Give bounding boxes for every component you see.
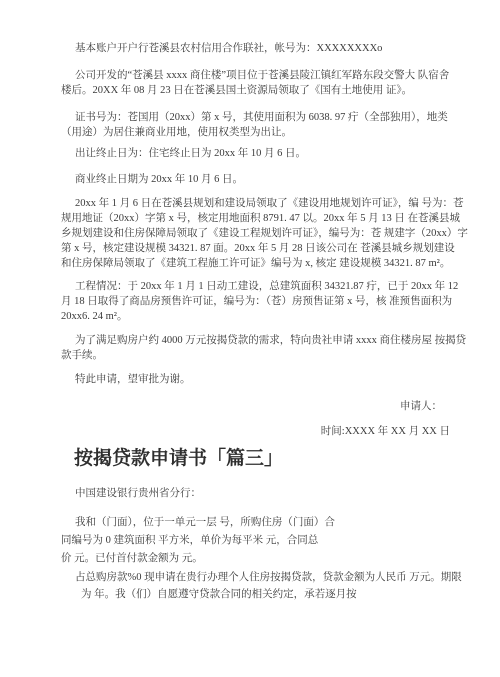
section-heading: 按揭贷款申请书「篇三」 xyxy=(74,447,450,471)
paragraph-housing-details: 我和（门面），位于一单元一层 号，所购住房（门面）合 同编号为 0 建筑面积 平… xyxy=(61,514,450,568)
text-line: 出让终止日为：住宅终止日为 20xx 年 10 月 6 日。 xyxy=(61,146,450,161)
text-line: 基本账户开户行苍溪县农村信用合作联社，帐号为：XXXXXXXXo xyxy=(61,41,450,56)
applicant-signature-line: 申请人： xyxy=(61,399,450,414)
text-line: 中国建设银行贵州省分行： xyxy=(61,486,450,501)
text-line: 同编号为 0 建筑面积 平方米，单价为每平米 元，合同总 xyxy=(61,532,450,550)
text-line: 占总购房款%0 现申请在贵行办理个人住房按揭贷款，贷款金额为人民币 万元。期限 xyxy=(61,569,450,586)
text-line: 商业终止日期为 20xx 年 10 月 6 日。 xyxy=(61,172,450,187)
text-line: 公司开发的“苍溪县 xxxx 商住楼”项目位于苍溪县陵江镇红军路东段交警大 队宿… xyxy=(61,68,450,83)
text-line: 为 年。我（们）自愿遵守贷款合同的相关约定，承若逐月按 xyxy=(61,586,450,603)
document-page: 基本账户开户行苍溪县农村信用合作联社，帐号为：XXXXXXXXo 公司开发的“苍… xyxy=(0,0,500,677)
paragraph-project: 公司开发的“苍溪县 xxxx 商住楼”项目位于苍溪县陵江镇红军路东段交警大 队宿… xyxy=(61,68,450,98)
text-line: 楼后。20XX 年 08 月 23 日在苍溪县国土资源局领取了《国有土地使用 证… xyxy=(61,83,450,98)
text-line: 月 18 日取得了商品房预售许可证，编号为：（苍）房预售证第 x 号，核 准预售… xyxy=(61,294,450,309)
paragraph-certificate: 证书号为：苍国用（20xx）第 x 号，其使用面积为 6038. 97 疔（全部… xyxy=(61,110,450,140)
text-line: 价 元。已付首付款金额为 元。 xyxy=(61,550,450,568)
document-body: 基本账户开户行苍溪县农村信用合作联社，帐号为：XXXXXXXXo 公司开发的“苍… xyxy=(0,0,500,603)
text-line: 为了满足购房户约 4000 万元按揭贷款的需求，特向贵社申请 xxxx 商住楼房… xyxy=(61,333,450,348)
paragraph-closing: 特此申请，望审批为谢。 xyxy=(61,372,450,387)
paragraph-account: 基本账户开户行苍溪县农村信用合作联社，帐号为：XXXXXXXXo xyxy=(61,41,450,56)
paragraph-permits: 20xx 年 1 月 6 日在苍溪县规划和建设局领取了《建设用地规划许可证》，编… xyxy=(61,196,450,271)
text-line: 规用地证（20xx）字第 x 号，核定用地面积 8791. 47 以。20xx … xyxy=(61,211,450,226)
text-line: 乡规划建设和住房保障局领取了《建设工程规划许可证》，编号为：苍 规建字（20xx… xyxy=(61,226,450,241)
text-line: （用途）为居住兼商业用地，使用权类型为出让。 xyxy=(61,125,450,140)
text-line: 证书号为：苍国用（20xx）第 x 号，其使用面积为 6038. 97 疔（全部… xyxy=(61,110,450,125)
text-line: 特此申请，望审批为谢。 xyxy=(61,372,450,387)
text-line: 款手续。 xyxy=(61,348,450,363)
text-line: 我和（门面），位于一单元一层 号，所购住房（门面）合 xyxy=(61,514,450,532)
paragraph-loan-request: 为了满足购房户约 4000 万元按揭贷款的需求，特向贵社申请 xxxx 商住楼房… xyxy=(61,333,450,363)
text-line: 20xx6. 24 m²。 xyxy=(61,309,450,324)
paragraph-loan-application: 占总购房款%0 现申请在贵行办理个人住房按揭贷款，贷款金额为人民币 万元。期限 … xyxy=(61,569,450,603)
text-line: 第 x 号，核定建设规模 34321. 87 面。20xx 年 5 月 28 日… xyxy=(61,241,450,256)
paragraph-business-end: 商业终止日期为 20xx 年 10 月 6 日。 xyxy=(61,172,450,187)
text-line: 和住房保障局领取了《建筑工程施工许可证》编号为 x, 核定 建设规模 34321… xyxy=(61,256,450,271)
text-line: 工程情况：于 20xx 年 1 月 1 日动工建设，总建筑面积 34321.87… xyxy=(61,279,450,294)
paragraph-construction: 工程情况：于 20xx 年 1 月 1 日动工建设，总建筑面积 34321.87… xyxy=(61,279,450,324)
paragraph-salutation: 中国建设银行贵州省分行： xyxy=(61,486,450,501)
date-signature-line: 时间:XXXX 年 XX 月 XX 日 xyxy=(61,424,450,439)
text-line: 20xx 年 1 月 6 日在苍溪县规划和建设局领取了《建设用地规划许可证》，编… xyxy=(61,196,450,211)
paragraph-transfer-end: 出让终止日为：住宅终止日为 20xx 年 10 月 6 日。 xyxy=(61,146,450,161)
